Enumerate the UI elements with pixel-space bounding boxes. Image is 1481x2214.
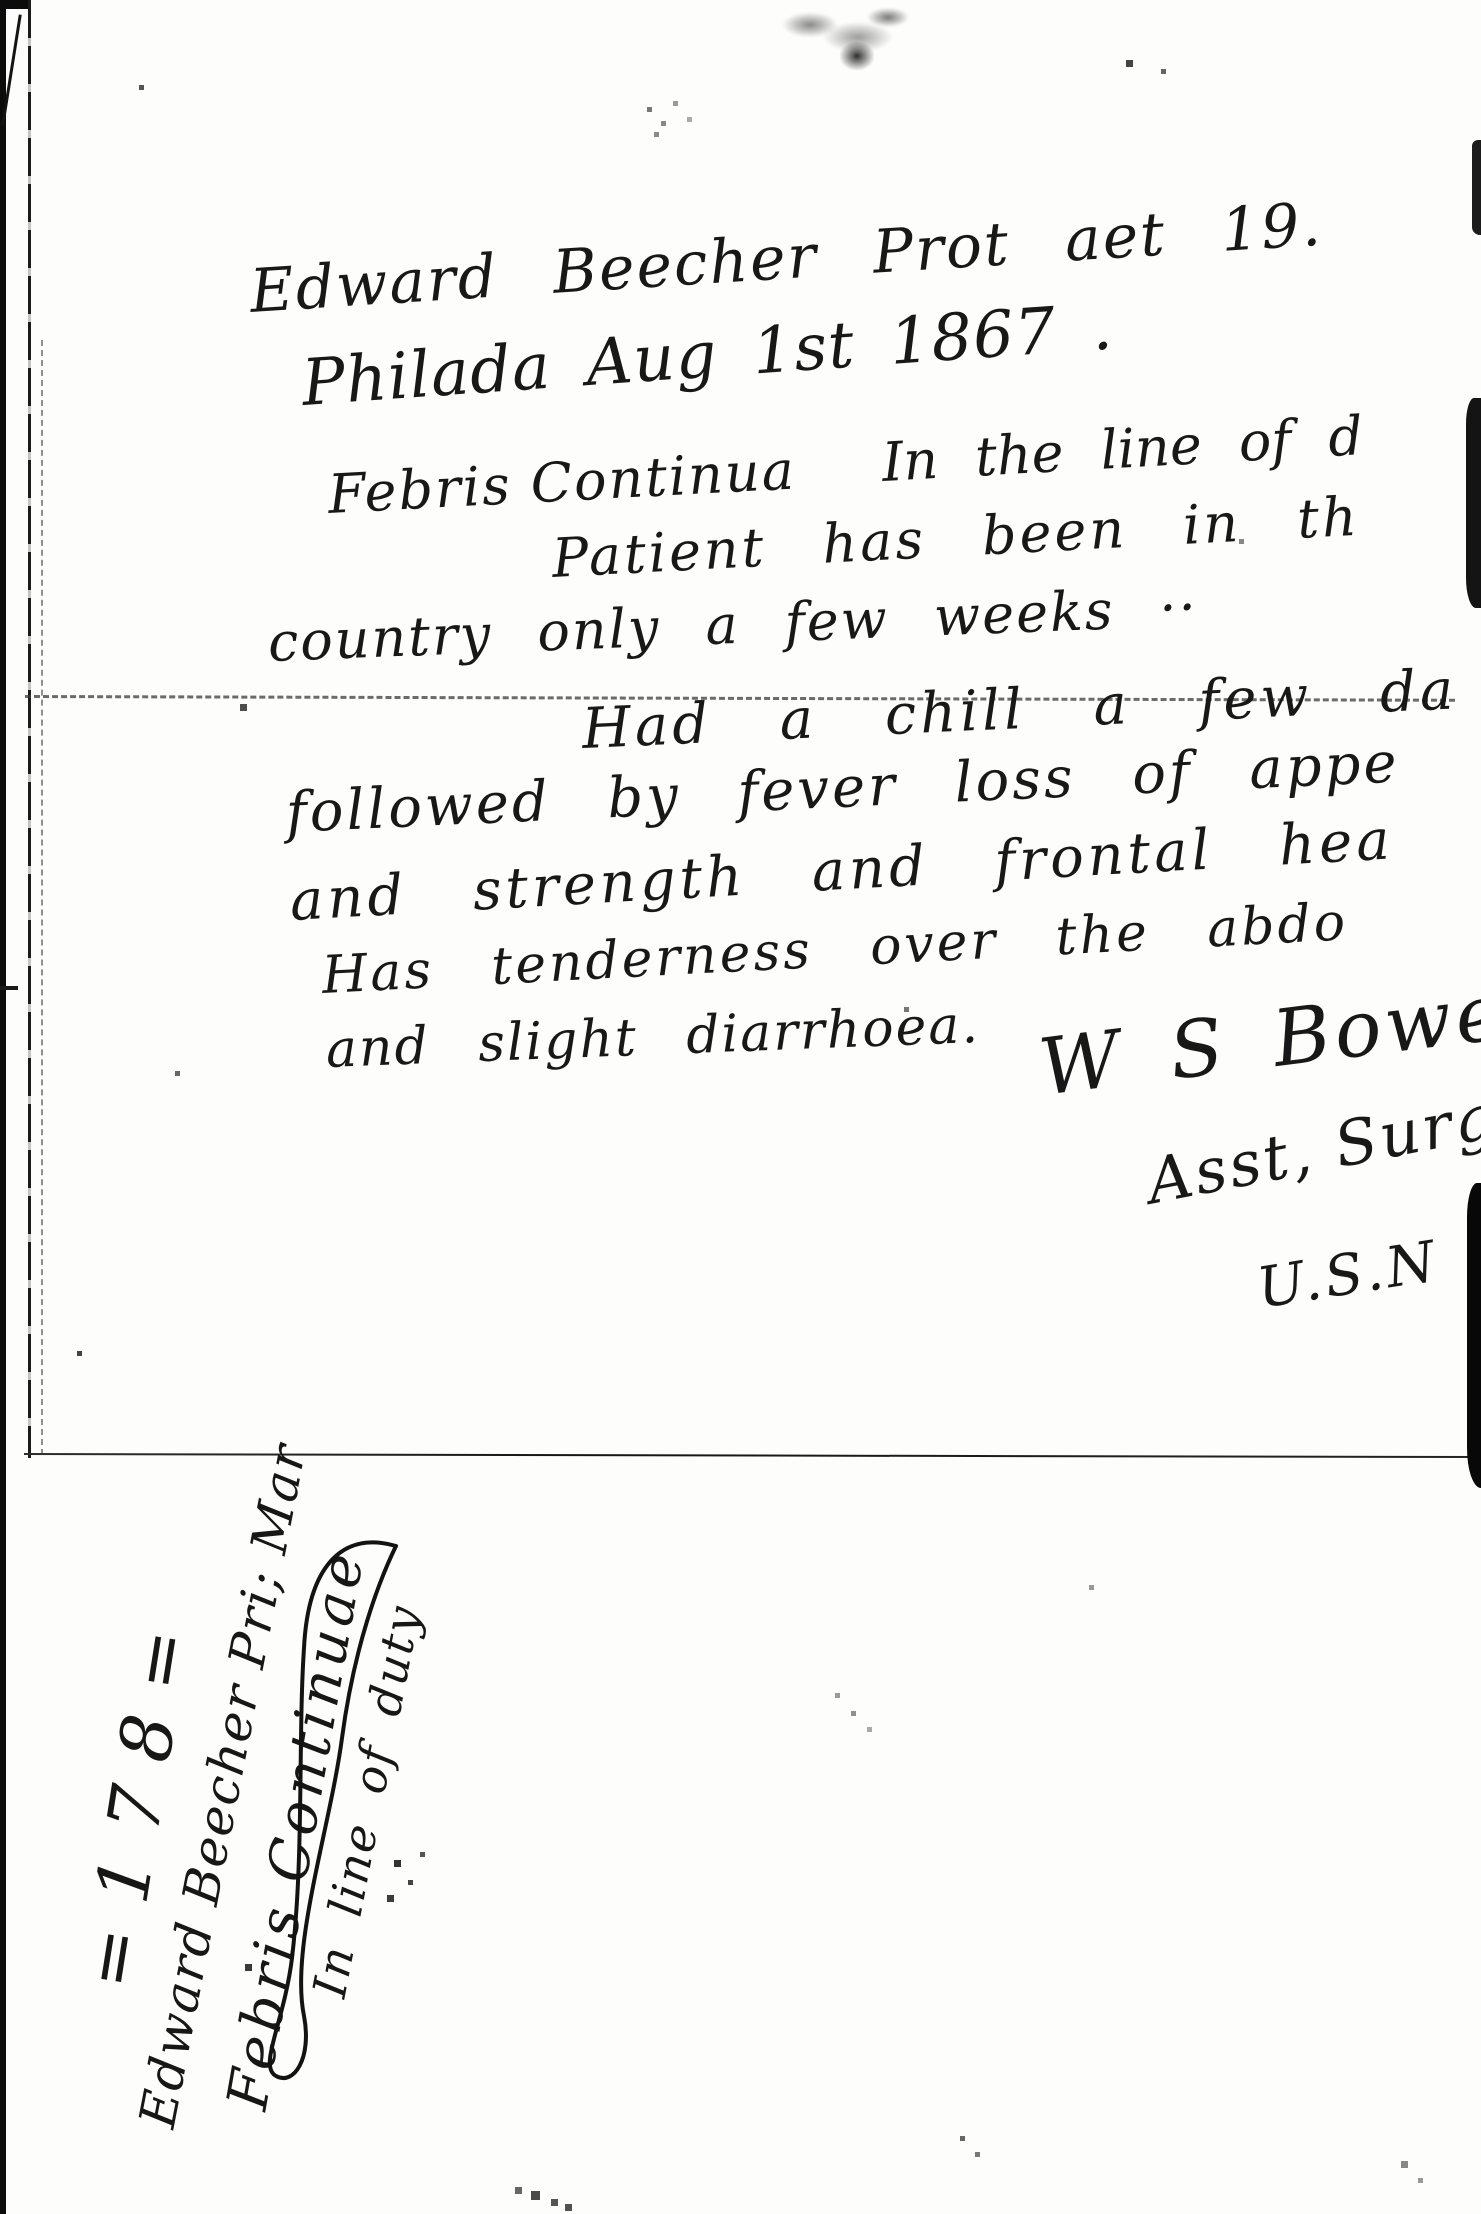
scan-edge-strip	[1466, 398, 1481, 608]
fold-crease-lower	[24, 1453, 1481, 1458]
scan-speckles	[0, 0, 3, 3]
document-scan: Edward Beecher Prot aet 19. Philada Aug …	[0, 0, 1481, 2214]
note-line: and slight diarrhoea.	[325, 999, 981, 1076]
signature-name: W S Bowen	[1035, 967, 1481, 1108]
left-margin-line	[28, 0, 31, 1458]
patient-header-line: Edward Beecher Prot aet 19.	[248, 195, 1324, 322]
scan-left-edge	[0, 0, 6, 2214]
duty-note: In the line of d	[880, 409, 1364, 490]
left-edge-tick	[0, 986, 18, 990]
signature-organization: U.S.N	[1254, 1234, 1444, 1318]
scan-edge-strip	[1472, 140, 1481, 235]
signature-title: Asst, Surg	[1142, 1085, 1481, 1213]
scan-edge-strip	[1467, 1183, 1481, 1488]
ink-smudge	[840, 42, 874, 70]
scan-corner-mark	[6, 0, 30, 9]
flourish-loop	[246, 1528, 416, 2088]
note-line: country only a few weeks ··	[267, 580, 1199, 670]
diagnosis-text: Febris Continua	[327, 444, 798, 522]
left-margin-dashed-line	[41, 340, 43, 1455]
